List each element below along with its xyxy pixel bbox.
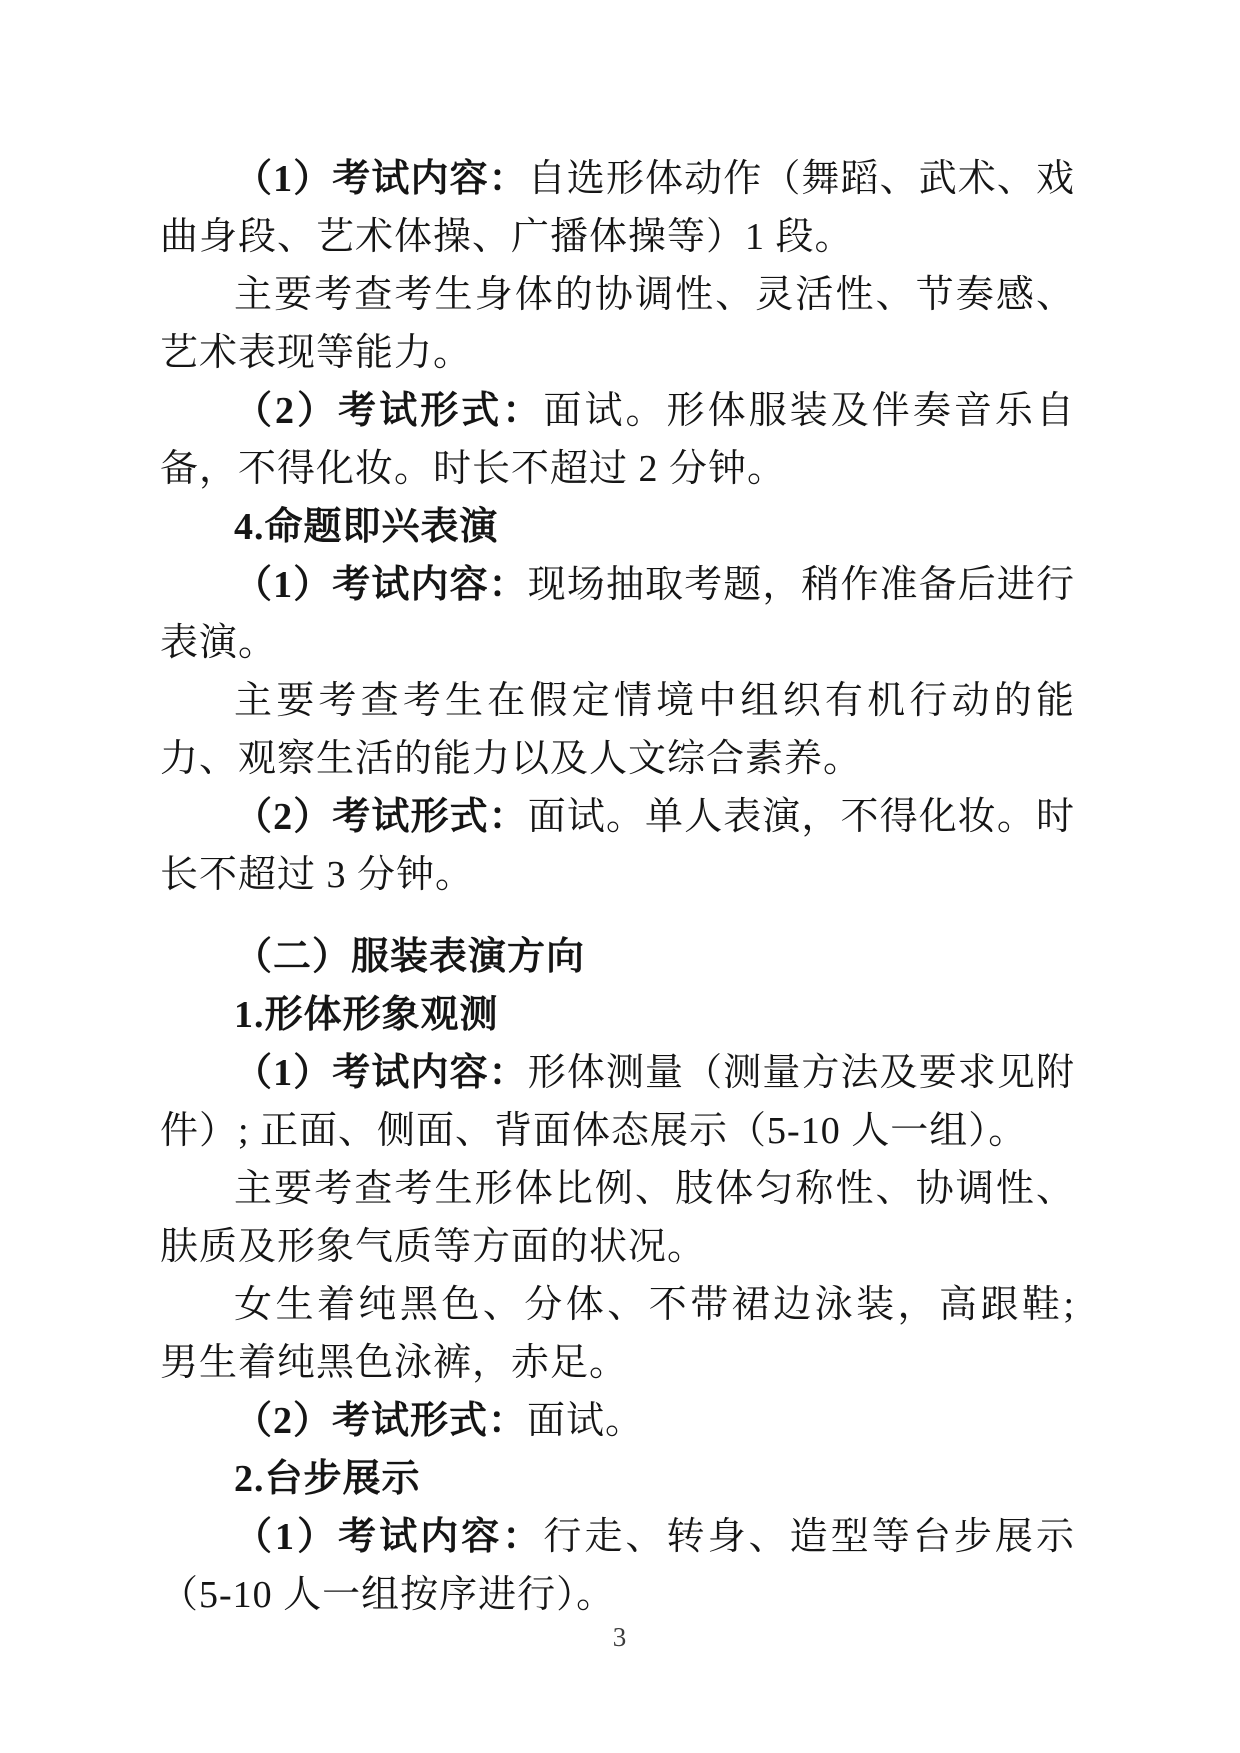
paragraph: （1）考试内容：形体测量（测量方法及要求见附件）; 正面、侧面、背面体态展示（5… [160,1044,1075,1160]
text-run: 主要考查考生在假定情境中组织有机行动的能力、观察生活的能力以及人文综合素养。 [160,680,1075,780]
document-body: （1）考试内容：自选形体动作（舞蹈、武术、戏曲身段、艺术体操、广播体操等）1 段… [160,150,1075,1624]
label-run: （2）考试形式： [234,390,543,432]
label-run: （2）考试形式： [234,1400,527,1442]
paragraph: 主要考查考生在假定情境中组织有机行动的能力、观察生活的能力以及人文综合素养。 [160,672,1075,788]
text-run: 女生着纯黑色、分体、不带裙边泳装，高跟鞋; 男生着纯黑色泳裤，赤足。 [160,1284,1075,1384]
label-run: （二）服装表演方向 [234,936,585,978]
section-heading: 4.命题即兴表演 [160,498,1075,556]
text-run: 主要考查考生形体比例、肢体匀称性、协调性、肤质及形象气质等方面的状况。 [160,1168,1075,1268]
section-heading: 1.形体形象观测 [160,986,1075,1044]
text-run: 主要考查考生身体的协调性、灵活性、节奏感、艺术表现等能力。 [160,274,1075,374]
paragraph: 女生着纯黑色、分体、不带裙边泳装，高跟鞋; 男生着纯黑色泳裤，赤足。 [160,1276,1075,1392]
label-run: 2.台步展示 [234,1458,421,1500]
paragraph: （2）考试形式：面试。 [160,1392,1075,1450]
paragraph: （2）考试形式：面试。单人表演，不得化妆。时长不超过 3 分钟。 [160,788,1075,904]
paragraph: 主要考查考生形体比例、肢体匀称性、协调性、肤质及形象气质等方面的状况。 [160,1160,1075,1276]
section-heading: （二）服装表演方向 [160,928,1075,986]
label-run: （1）考试内容： [234,158,528,200]
paragraph: 主要考查考生身体的协调性、灵活性、节奏感、艺术表现等能力。 [160,266,1075,382]
section-heading: 2.台步展示 [160,1450,1075,1508]
label-run: （2）考试形式： [234,796,528,838]
text-run: 面试。 [527,1400,644,1442]
paragraph: （2）考试形式：面试。形体服装及伴奏音乐自备，不得化妆。时长不超过 2 分钟。 [160,382,1075,498]
document-page: （1）考试内容：自选形体动作（舞蹈、武术、戏曲身段、艺术体操、广播体操等）1 段… [0,0,1240,1753]
label-run: （1）考试内容： [234,1516,543,1558]
paragraph: （1）考试内容：行走、转身、造型等台步展示（5-10 人一组按序进行）。 [160,1508,1075,1624]
label-run: （1）考试内容： [234,1052,528,1094]
paragraph: （1）考试内容：现场抽取考题，稍作准备后进行表演。 [160,556,1075,672]
label-run: 1.形体形象观测 [234,994,499,1036]
paragraph: （1）考试内容：自选形体动作（舞蹈、武术、戏曲身段、艺术体操、广播体操等）1 段… [160,150,1075,266]
label-run: （1）考试内容： [234,564,528,606]
label-run: 4.命题即兴表演 [234,506,499,548]
page-number: 3 [0,1620,1240,1654]
